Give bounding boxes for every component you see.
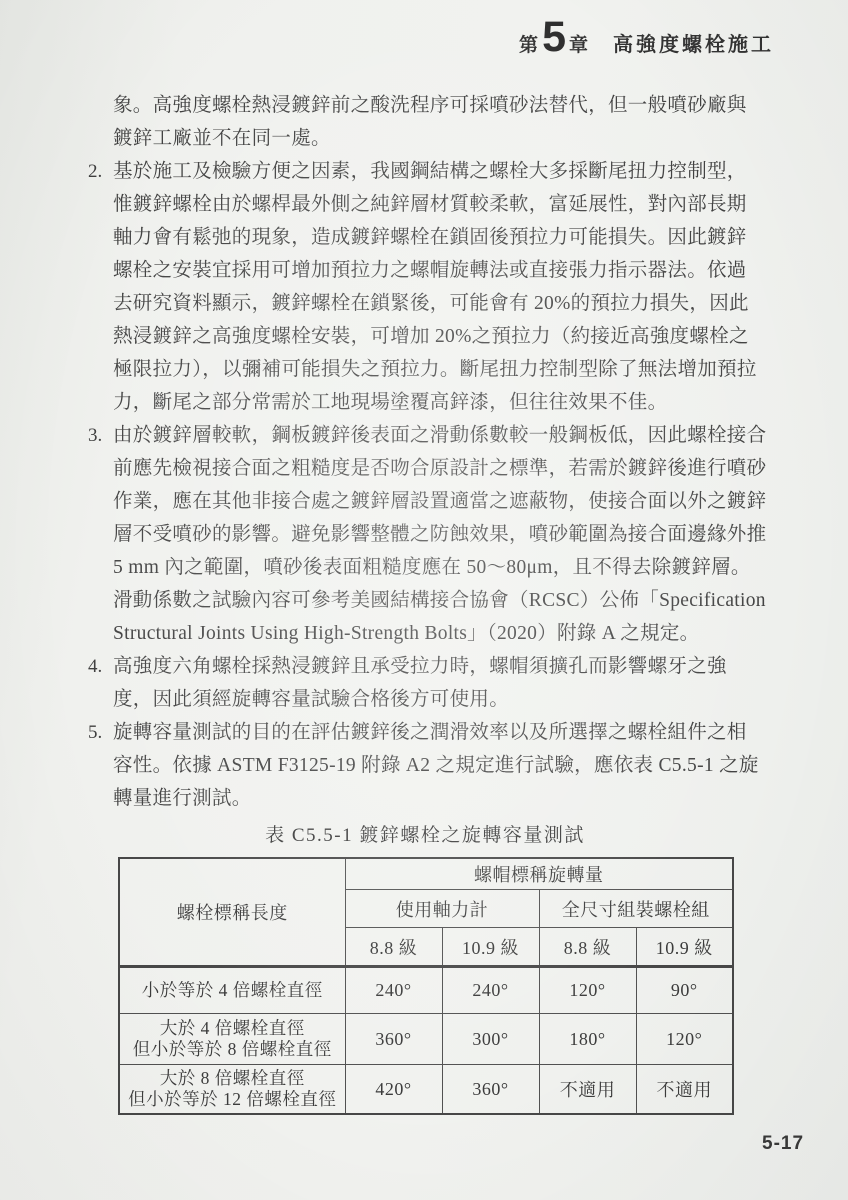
table-row: 小於等於 4 倍螺栓直徑 240° 240° 120° 90° (119, 967, 733, 1014)
list-item-5: 5. 旋轉容量測試的目的在評估鍍鋅後之潤滑效率以及所選擇之螺栓組件之相 容性。依… (88, 716, 788, 815)
text-line: 象。高強度螺栓熱浸鍍鋅前之酸洗程序可採噴砂法替代，但一般噴砂廠與 (113, 89, 788, 122)
table-caption: 表 C5.5-1 鍍鋅螺栓之旋轉容量測試 (118, 820, 732, 847)
table-row: 大於 4 倍螺栓直徑 但小於等於 8 倍螺栓直徑 360° 300° 180° … (119, 1014, 733, 1065)
value-cell: 360° (442, 1065, 539, 1115)
row-label-line: 大於 4 倍螺栓直徑 (120, 1018, 345, 1039)
value-cell: 90° (636, 967, 733, 1014)
stub-header-cell: 螺栓標稱長度 (119, 858, 345, 967)
chapter-suffix: 章 (569, 30, 589, 57)
text-line: 轉量進行測試。 (113, 782, 788, 815)
table-header-row-1: 螺栓標稱長度 螺帽標稱旋轉量 (119, 858, 733, 890)
text-line: 高強度六角螺栓採熱浸鍍鋅且承受拉力時，螺帽須擴孔而影響螺牙之強 (113, 650, 788, 683)
text-line: 由於鍍鋅層較軟，鋼板鍍鋅後表面之滑動係數較一般鋼板低，因此螺栓接合 (113, 419, 788, 452)
row-label-line: 大於 8 倍螺栓直徑 (120, 1068, 345, 1089)
grade-header-cell: 10.9 級 (442, 928, 539, 967)
row-label-line: 但小於等於 12 倍螺栓直徑 (120, 1089, 345, 1110)
text-line: 容性。依據 ASTM F3125-19 附錄 A2 之規定進行試驗，應依表 C5… (113, 749, 788, 782)
group-header-cell: 全尺寸組裝螺栓組 (539, 890, 733, 928)
row-label-cell: 小於等於 4 倍螺栓直徑 (119, 967, 345, 1014)
value-cell: 不適用 (636, 1065, 733, 1115)
value-cell: 不適用 (539, 1065, 636, 1115)
text-line: 前應先檢視接合面之粗糙度是否吻合原設計之標準，若需於鍍鋅後進行噴砂 (113, 452, 788, 485)
grade-header-cell: 8.8 級 (345, 928, 442, 967)
item-number: 5. (88, 716, 113, 815)
chapter-heading: 第 5 章 高強度螺栓施工 (519, 18, 774, 57)
text-line: Structural Joints Using High-Strength Bo… (113, 617, 788, 650)
text-line: 螺栓之安裝宜採用可增加預拉力之螺帽旋轉法或直接張力指示器法。依過 (113, 254, 788, 287)
grade-header-cell: 10.9 級 (636, 928, 733, 967)
item-number: 2. (88, 155, 113, 419)
value-cell: 180° (539, 1014, 636, 1065)
row-label-line: 但小於等於 8 倍螺栓直徑 (120, 1039, 345, 1060)
text-line: 層不受噴砂的影響。避免影響整體之防蝕效果，噴砂範圍為接合面邊緣外推 (113, 518, 788, 551)
value-cell: 120° (636, 1014, 733, 1065)
item-number: 3. (88, 419, 113, 650)
text-line: 5 mm 內之範圍，噴砂後表面粗糙度應在 50～80μm，且不得去除鍍鋅層。 (113, 551, 788, 584)
table-row: 大於 8 倍螺栓直徑 但小於等於 12 倍螺栓直徑 420° 360° 不適用 … (119, 1065, 733, 1115)
text-line: 旋轉容量測試的目的在評估鍍鋅後之潤滑效率以及所選擇之螺栓組件之相 (113, 716, 788, 749)
value-cell: 300° (442, 1014, 539, 1065)
group-header-cell: 使用軸力計 (345, 890, 539, 928)
chapter-number: 5 (542, 18, 566, 57)
value-cell: 240° (345, 967, 442, 1014)
value-cell: 240° (442, 967, 539, 1014)
text-line: 極限拉力），以彌補可能損失之預拉力。斷尾扭力控制型除了無法增加預拉 (113, 353, 788, 386)
scanned-document-page: 第 5 章 高強度螺栓施工 象。高強度螺栓熱浸鍍鋅前之酸洗程序可採噴砂法替代，但… (0, 0, 848, 1200)
row-label-cell: 大於 4 倍螺栓直徑 但小於等於 8 倍螺栓直徑 (119, 1014, 345, 1065)
text-line: 滑動係數之試驗內容可參考美國結構接合協會（RCSC）公佈「Specificati… (113, 584, 788, 617)
text-line: 軸力會有鬆弛的現象，造成鍍鋅螺栓在鎖固後預拉力可能損失。因此鍍鋅 (113, 221, 788, 254)
text-line: 熱浸鍍鋅之高強度螺栓安裝，可增加 20%之預拉力（約接近高強度螺栓之 (113, 320, 788, 353)
value-cell: 420° (345, 1065, 442, 1115)
rotation-capacity-table: 螺栓標稱長度 螺帽標稱旋轉量 使用軸力計 全尺寸組裝螺栓組 8.8 級 10.9… (118, 857, 734, 1115)
list-item-4: 4. 高強度六角螺栓採熱浸鍍鋅且承受拉力時，螺帽須擴孔而影響螺牙之強 度，因此須… (88, 650, 788, 716)
span-header-cell: 螺帽標稱旋轉量 (345, 858, 733, 890)
chapter-prefix: 第 (519, 30, 539, 57)
item-number: 4. (88, 650, 113, 716)
row-label-cell: 大於 8 倍螺栓直徑 但小於等於 12 倍螺栓直徑 (119, 1065, 345, 1115)
chapter-title: 高強度螺栓施工 (613, 28, 774, 57)
text-line: 度，因此須經旋轉容量試驗合格後方可使用。 (113, 683, 788, 716)
list-item-2: 2. 基於施工及檢驗方便之因素，我國鋼結構之螺栓大多採斷尾扭力控制型， 惟鍍鋅螺… (88, 155, 788, 419)
list-item-3: 3. 由於鍍鋅層較軟，鋼板鍍鋅後表面之滑動係數較一般鋼板低，因此螺栓接合 前應先… (88, 419, 788, 650)
row-label-line: 小於等於 4 倍螺栓直徑 (120, 980, 345, 1001)
value-cell: 120° (539, 967, 636, 1014)
value-cell: 360° (345, 1014, 442, 1065)
item-number (88, 89, 113, 155)
text-line: 惟鍍鋅螺栓由於螺桿最外側之純鋅層材質較柔軟，富延展性，對內部長期 (113, 188, 788, 221)
grade-header-cell: 8.8 級 (539, 928, 636, 967)
page-number: 5-17 (762, 1133, 804, 1155)
text-line: 力，斷尾之部分常需於工地現場塗覆高鋅漆，但往往效果不佳。 (113, 386, 788, 419)
text-line: 鍍鋅工廠並不在同一處。 (113, 122, 788, 155)
paragraph-continuation: 象。高強度螺栓熱浸鍍鋅前之酸洗程序可採噴砂法替代，但一般噴砂廠與 鍍鋅工廠並不在… (88, 89, 788, 155)
text-line: 作業，應在其他非接合處之鍍鋅層設置適當之遮蔽物，使接合面以外之鍍鋅 (113, 485, 788, 518)
body-text: 象。高強度螺栓熱浸鍍鋅前之酸洗程序可採噴砂法替代，但一般噴砂廠與 鍍鋅工廠並不在… (88, 89, 788, 815)
rotation-capacity-table-block: 表 C5.5-1 鍍鋅螺栓之旋轉容量測試 螺栓標稱長度 螺帽標稱旋轉量 使用軸力… (118, 820, 732, 1115)
text-line: 去研究資料顯示，鍍鋅螺栓在鎖緊後，可能會有 20%的預拉力損失，因此 (113, 287, 788, 320)
text-line: 基於施工及檢驗方便之因素，我國鋼結構之螺栓大多採斷尾扭力控制型， (113, 155, 788, 188)
